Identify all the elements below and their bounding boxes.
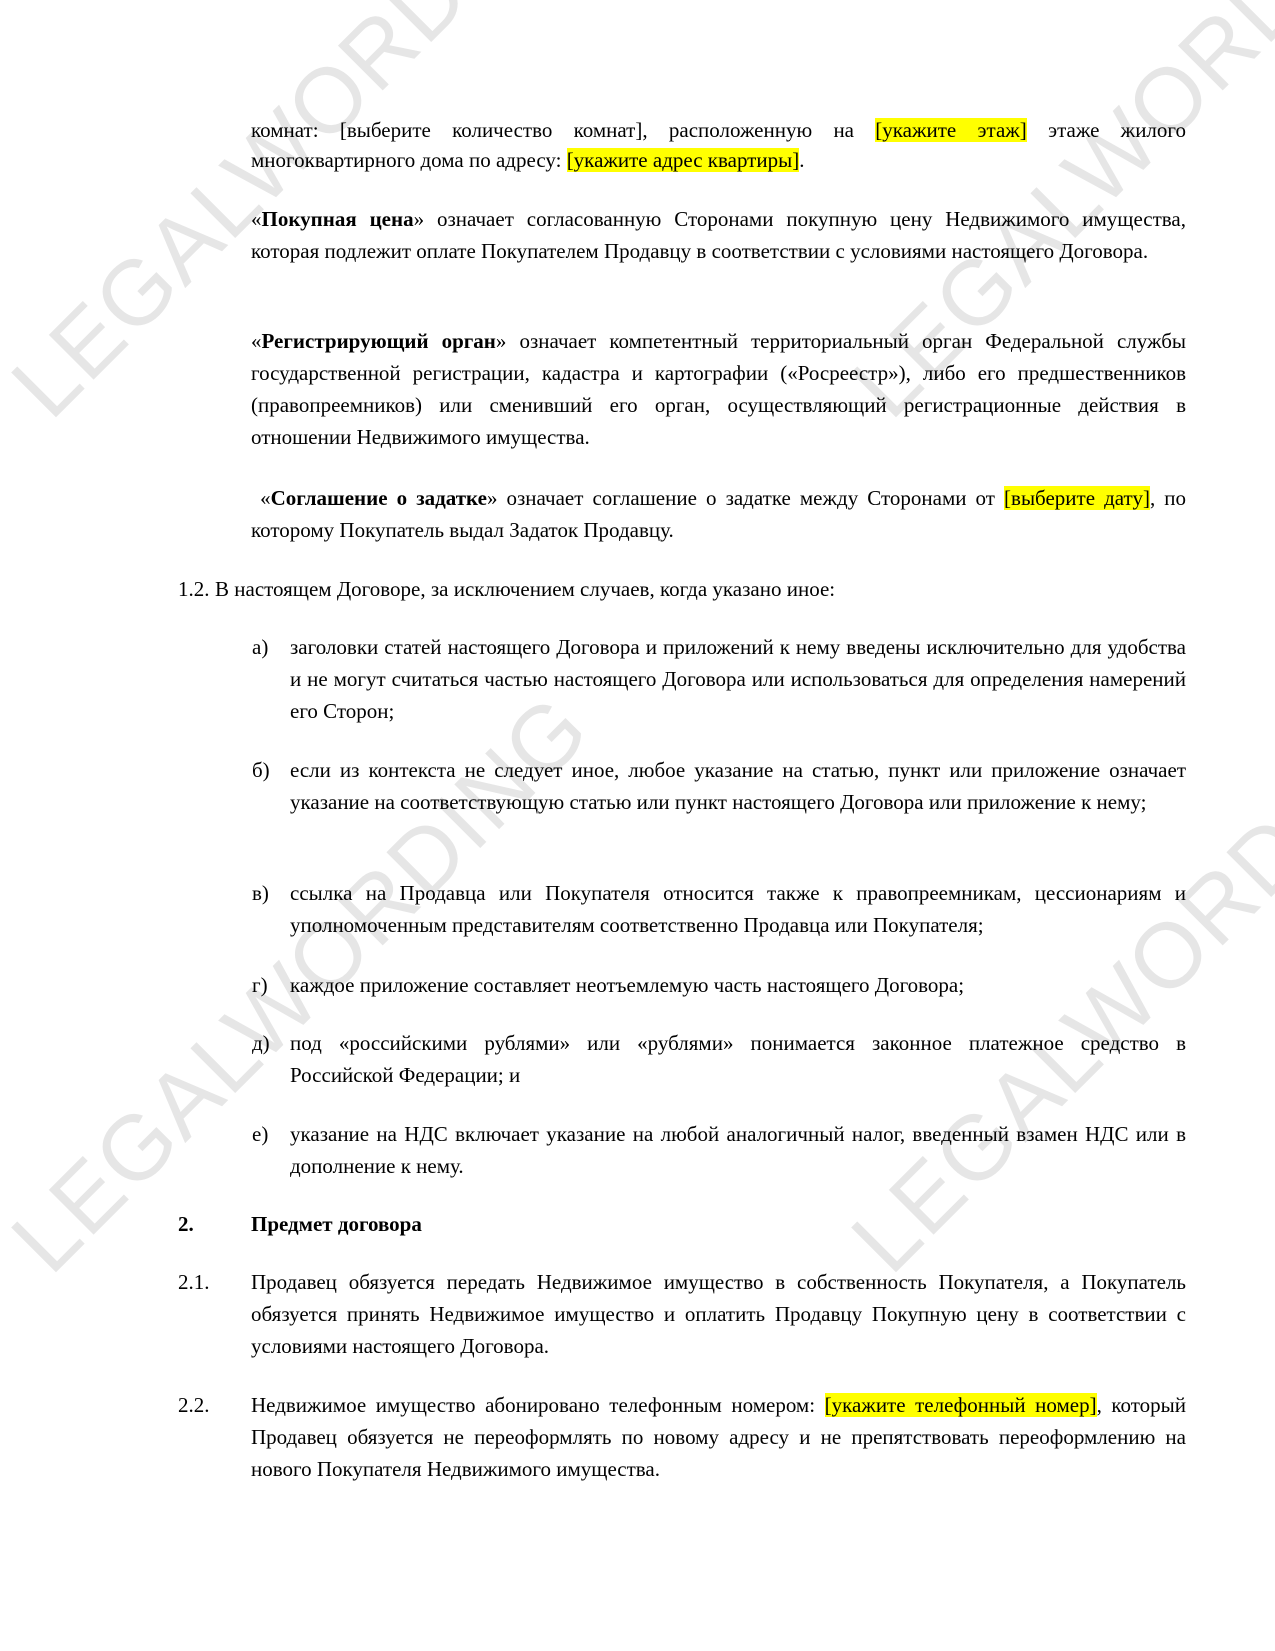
section-number: 2. xyxy=(178,1208,194,1240)
defined-term: Покупная цена xyxy=(262,207,414,231)
quote-mark: » xyxy=(487,486,498,510)
clause-text: Продавец обязуется передать Недвижимое и… xyxy=(251,1266,1186,1362)
quote-mark: « xyxy=(251,329,262,353)
list-text: ссылка на Продавца или Покупателя относи… xyxy=(290,877,1186,941)
list-label: е) xyxy=(252,1118,268,1150)
text-run: . xyxy=(799,148,804,172)
clause-number: 2.2. xyxy=(178,1389,210,1421)
list-text: указание на НДС включает указание на люб… xyxy=(290,1118,1186,1182)
placeholder-floor[interactable]: [укажите этаж] xyxy=(875,118,1027,142)
definition-registration-authority: «Регистрирующий орган» означает компетен… xyxy=(251,325,1186,453)
section-title: Предмет договора xyxy=(251,1208,1186,1240)
clause-text: В настоящем Договоре, за исключением слу… xyxy=(215,573,1185,605)
quote-mark: » xyxy=(414,207,425,231)
apartment-description: комнат: [выберите количество комнат], ра… xyxy=(251,115,1186,175)
list-text: каждое приложение составляет неотъемлему… xyxy=(290,969,1186,1001)
quote-mark: « xyxy=(251,207,262,231)
list-text: под «российскими рублями» или «рублями» … xyxy=(290,1027,1186,1091)
definition-text: означает соглашение о задатке между Стор… xyxy=(497,486,1004,510)
placeholder-date[interactable]: [выберите дату] xyxy=(1004,486,1150,510)
document-page: LEGALWORDING LEGALWORDING LEGALWORDING L… xyxy=(0,0,1275,1651)
defined-term: Соглашение о задатке xyxy=(271,486,487,510)
list-label: а) xyxy=(252,631,268,663)
text-run: комнат: [выберите количество комнат], ра… xyxy=(251,118,875,142)
clause-text: Недвижимое имущество абонировано телефон… xyxy=(251,1389,1186,1485)
quote-mark: » xyxy=(496,329,507,353)
list-label: б) xyxy=(252,754,270,786)
clause-number: 1.2. xyxy=(178,573,210,605)
placeholder-phone[interactable]: [укажите телефонный номер] xyxy=(825,1393,1097,1417)
list-label: в) xyxy=(252,877,269,909)
quote-mark: « xyxy=(251,486,271,510)
list-text: если из контекста не следует иное, любое… xyxy=(290,754,1186,818)
definition-purchase-price: «Покупная цена» означает согласованную С… xyxy=(251,203,1186,267)
list-label: д) xyxy=(252,1027,270,1059)
definition-deposit-agreement: «Соглашение о задатке» означает соглашен… xyxy=(251,482,1186,546)
list-text: заголовки статей настоящего Договора и п… xyxy=(290,631,1186,727)
clause-number: 2.1. xyxy=(178,1266,210,1298)
list-label: г) xyxy=(252,969,268,1001)
defined-term: Регистрирующий орган xyxy=(262,329,496,353)
text-run: Недвижимое имущество абонировано телефон… xyxy=(251,1393,825,1417)
placeholder-address[interactable]: [укажите адрес квартиры] xyxy=(567,148,800,172)
